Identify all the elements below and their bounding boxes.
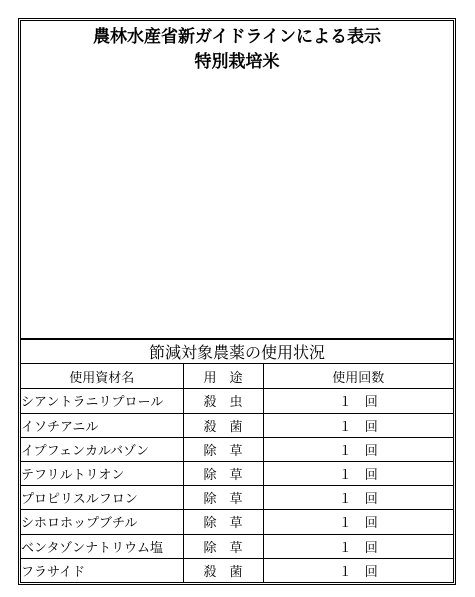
rice-milling-confirmer-line: ●精米確認者合名会社平沢商店 平沢敦 <box>21 277 453 297</box>
table-row: プロピリスルフロン 除 草 １ 回 <box>21 486 453 510</box>
rice-milling-confirmer-address-line: 住 所秋田県秋田市大町5丁目7-18 <box>21 297 453 317</box>
confirmation-manager-title-line: 営農経済部長 <box>21 218 453 238</box>
usage-type-cell: 除 草 <box>183 437 263 461</box>
usage-count-cell: １ 回 <box>263 510 453 534</box>
label-sheet: 農林水産省新ガイドラインによる表示 特別栽培米 節減対象農薬：当地比5割減 化学… <box>18 18 456 585</box>
table-row: テフリルトリオン 除 草 １ 回 <box>21 461 453 485</box>
confirmation-manager-line: ●確認責任者秋田おばこ農業協同組合 <box>21 199 453 219</box>
material-name-cell: プロピリスルフロン <box>21 486 183 510</box>
material-name-cell: テフリルトリオン <box>21 461 183 485</box>
usage-count-cell: １ 回 <box>263 389 453 413</box>
material-name-cell: イソチアニル <box>21 413 183 437</box>
table-row: フラサイド 殺 菌 １ 回 <box>21 558 453 582</box>
usage-count-cell: １ 回 <box>263 534 453 558</box>
fertilizer-reduction-line: 化学肥料(窒素成分)：当地比9割減 <box>21 101 453 121</box>
table-row: イプフェンカルバゾン 除 草 １ 回 <box>21 437 453 461</box>
material-name-cell: シホロホップブチル <box>21 510 183 534</box>
pesticide-usage-table: 節減対象農薬の使用状況 使用資材名 用 途 使用回数 シアントラニリプロール 殺… <box>21 340 453 582</box>
material-name-cell: フラサイド <box>21 558 183 582</box>
table-row: シホロホップブチル 除 草 １ 回 <box>21 510 453 534</box>
usage-type-cell: 殺 菌 <box>183 413 263 437</box>
table-row: シアントラニリプロール 殺 虫 １ 回 <box>21 389 453 413</box>
confirmation-manager-address-line: 住 所秋田県大仙市佐野町５番５号 <box>21 238 453 258</box>
page-background: 農林水産省新ガイドラインによる表示 特別栽培米 節減対象農薬：当地比5割減 化学… <box>0 0 475 597</box>
usage-type-cell: 殺 虫 <box>183 389 263 413</box>
material-name-cell: シアントラニリプロール <box>21 389 183 413</box>
usage-count-cell: １ 回 <box>263 437 453 461</box>
material-name-cell: ベンタゾンナトリウム塩 <box>21 534 183 558</box>
cultivation-manager-tel-line: 連 絡 先TEL 0187（86）0883 <box>21 179 453 199</box>
cultivation-manager-title-line: 営農経済部営農企画課長 <box>21 140 453 160</box>
table-row: ベンタゾンナトリウム塩 除 草 １ 回 <box>21 534 453 558</box>
usage-type-cell: 除 草 <box>183 510 263 534</box>
usage-count-cell: １ 回 <box>263 413 453 437</box>
document-title: 農林水産省新ガイドラインによる表示 <box>21 24 453 49</box>
usage-type-cell: 除 草 <box>183 534 263 558</box>
usage-type-cell: 除 草 <box>183 486 263 510</box>
cultivation-manager-address-line: 住 所秋田県大仙市佐野町５番５号 <box>21 159 453 179</box>
col-header-material-name: 使用資材名 <box>21 364 183 389</box>
rice-milling-confirmer-tel-line: 連 絡 先TEL 018-862-4032 <box>21 316 453 336</box>
pesticide-usage-table-section: 節減対象農薬の使用状況 使用資材名 用 途 使用回数 シアントラニリプロール 殺… <box>21 338 453 582</box>
table-title: 節減対象農薬の使用状況 <box>21 340 453 364</box>
usage-count-cell: １ 回 <box>263 486 453 510</box>
usage-type-cell: 除 草 <box>183 461 263 485</box>
material-name-cell: イプフェンカルバゾン <box>21 437 183 461</box>
usage-count-cell: １ 回 <box>263 461 453 485</box>
table-row: イソチアニル 殺 菌 １ 回 <box>21 413 453 437</box>
usage-count-cell: １ 回 <box>263 558 453 582</box>
confirmation-manager-tel-line: 連 絡 先TEL 0187（86）0884 <box>21 257 453 277</box>
col-header-usage-count: 使用回数 <box>263 364 453 389</box>
document-subtitle: 特別栽培米 <box>21 49 453 74</box>
cultivation-manager-line: ●栽培責任者秋田おばこ農業協同組合 <box>21 120 453 140</box>
pesticide-reduction-line: 節減対象農薬：当地比5割減 <box>21 81 453 101</box>
usage-type-cell: 殺 菌 <box>183 558 263 582</box>
col-header-usage-type: 用 途 <box>183 364 263 389</box>
producer-info-section: 節減対象農薬：当地比5割減 化学肥料(窒素成分)：当地比9割減 ●栽培責任者秋田… <box>21 81 453 336</box>
